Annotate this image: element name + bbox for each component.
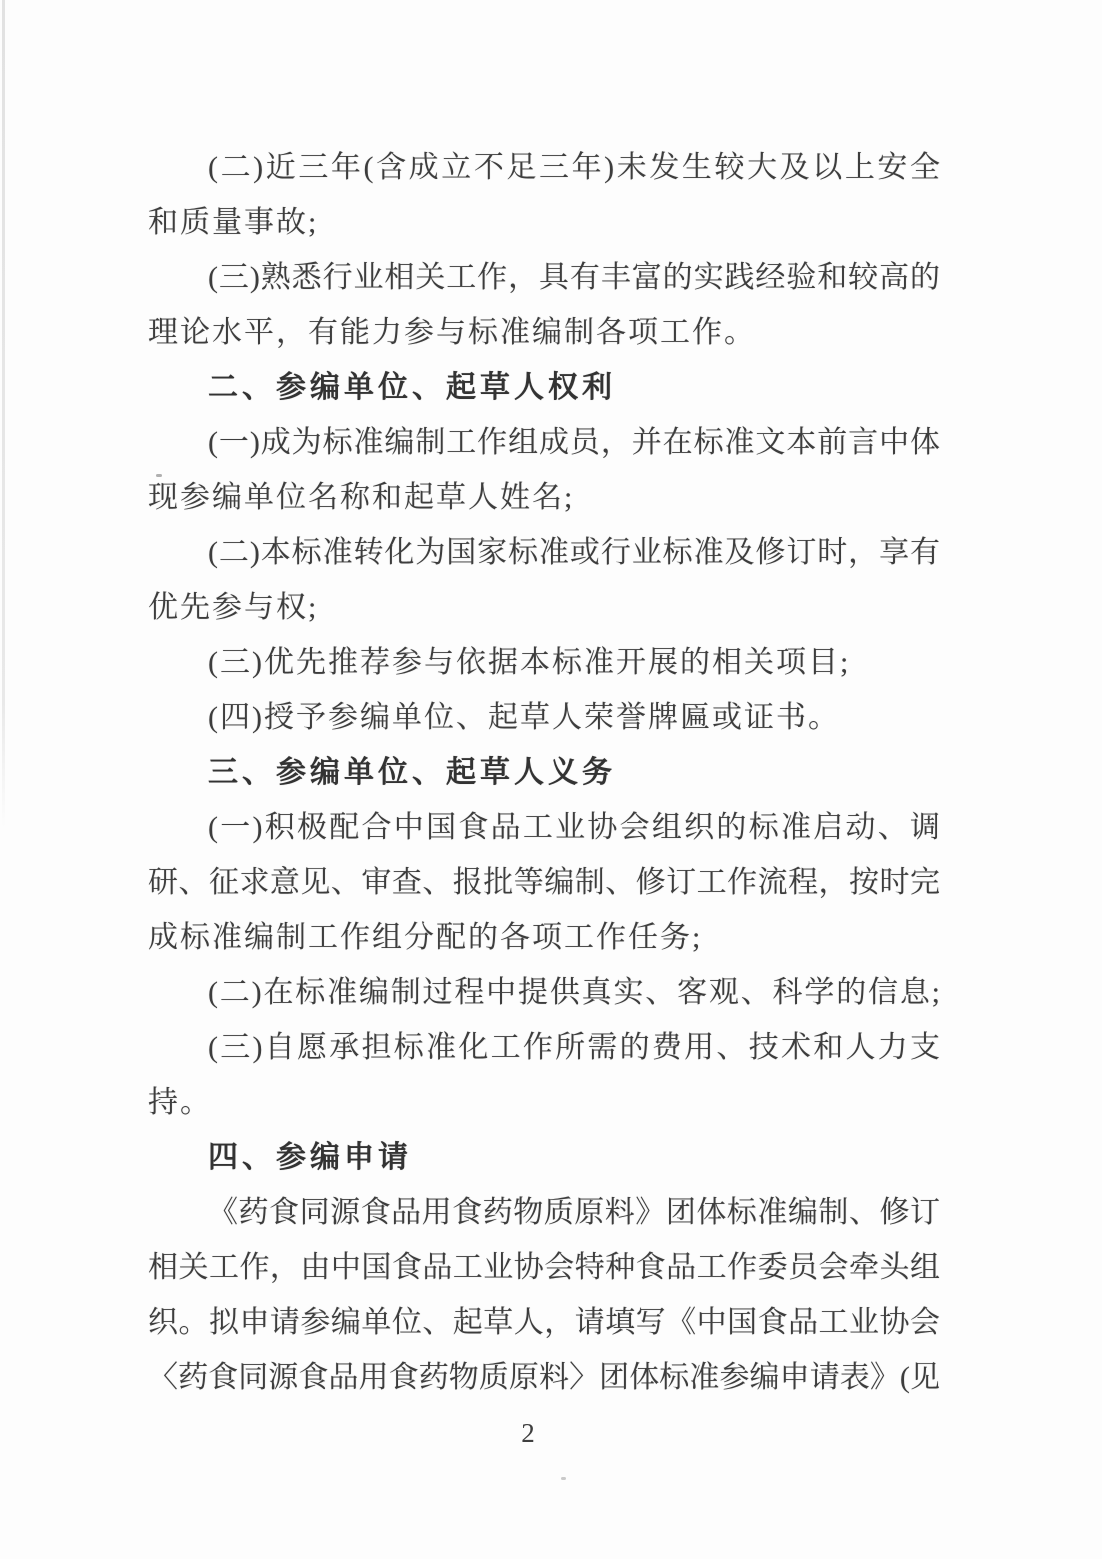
text-line: 研、征求意见、审查、报批等编制、修订工作流程，按时完 bbox=[148, 855, 940, 910]
text-line: 持。 bbox=[148, 1075, 940, 1130]
scan-edge-artifact bbox=[2, 0, 5, 828]
text-line: (二)本标准转化为国家标准或行业标准及修订时，享有 bbox=[148, 525, 940, 580]
text-line: (三)自愿承担标准化工作所需的费用、技术和人力支 bbox=[148, 1020, 940, 1075]
text-line: (三)优先推荐参与依据本标准开展的相关项目; bbox=[148, 635, 940, 690]
text-line: 成标准编制工作组分配的各项工作任务; bbox=[148, 910, 940, 965]
section-heading: 三、参编单位、起草人义务 bbox=[148, 745, 940, 800]
text-line: 现参编单位名称和起草人姓名; bbox=[148, 470, 940, 525]
text-line: 相关工作，由中国食品工业协会特种食品工作委员会牵头组 bbox=[148, 1240, 940, 1295]
text-line: (二)近三年(含成立不足三年)未发生较大及以上安全 bbox=[148, 140, 940, 195]
text-line: 和质量事故; bbox=[148, 195, 940, 250]
text-line: 优先参与权; bbox=[148, 580, 940, 635]
section-heading: 四、参编申请 bbox=[148, 1130, 940, 1185]
text-line: (一)成为标准编制工作组成员，并在标准文本前言中体 bbox=[148, 415, 940, 470]
text-line: (三)熟悉行业相关工作，具有丰富的实践经验和较高的 bbox=[148, 250, 940, 305]
document-page: (二)近三年(含成立不足三年)未发生较大及以上安全和质量事故;(三)熟悉行业相关… bbox=[0, 0, 1102, 1559]
scan-speck bbox=[561, 1477, 566, 1480]
document-lines: (二)近三年(含成立不足三年)未发生较大及以上安全和质量事故;(三)熟悉行业相关… bbox=[148, 140, 940, 1405]
section-heading: 二、参编单位、起草人权利 bbox=[148, 360, 940, 415]
text-line: 〈药食同源食品用食药物质原料〉团体标准参编申请表》(见 bbox=[148, 1350, 940, 1405]
page-number: 2 bbox=[512, 1418, 544, 1449]
text-line: 理论水平，有能力参与标准编制各项工作。 bbox=[148, 305, 940, 360]
text-line: (二)在标准编制过程中提供真实、客观、科学的信息; bbox=[148, 965, 940, 1020]
text-line: (四)授予参编单位、起草人荣誉牌匾或证书。 bbox=[148, 690, 940, 745]
scan-speck bbox=[156, 474, 162, 477]
text-line: 织。拟申请参编单位、起草人，请填写《中国食品工业协会 bbox=[148, 1295, 940, 1350]
text-line: 《药食同源食品用食药物质原料》团体标准编制、修订 bbox=[148, 1185, 940, 1240]
text-line: (一)积极配合中国食品工业协会组织的标准启动、调 bbox=[148, 800, 940, 855]
